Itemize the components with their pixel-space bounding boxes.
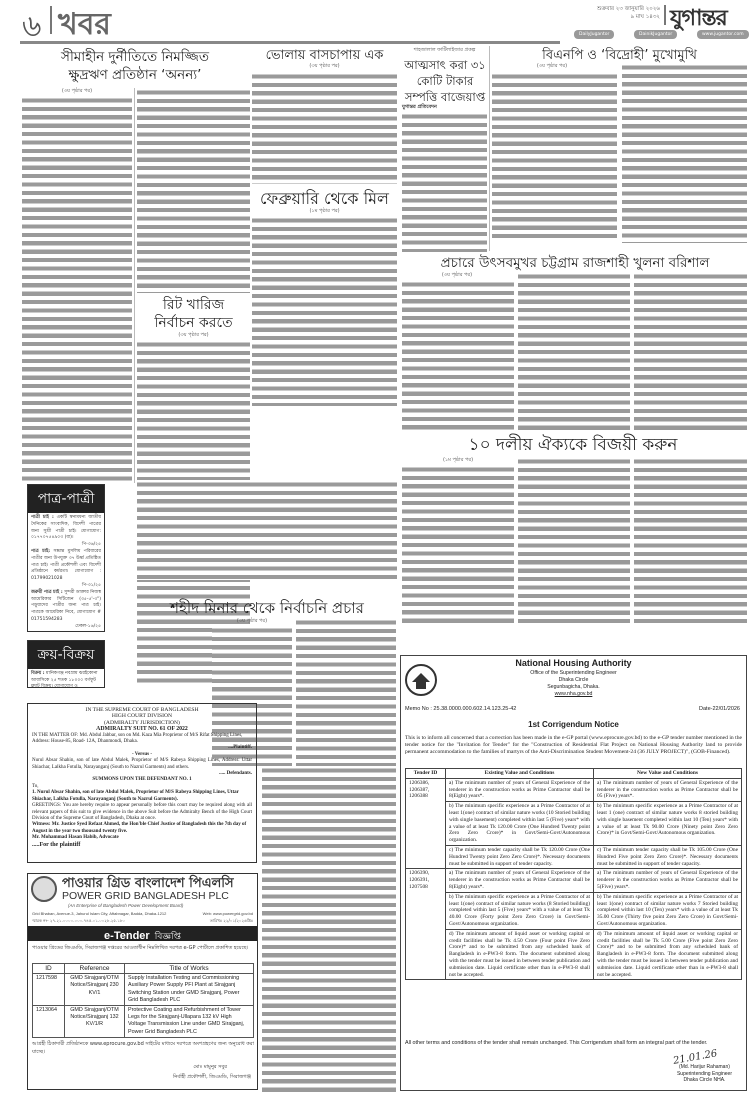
article-body: [137, 88, 250, 293]
table-row: d) The minimum amount of liquid asset or…: [406, 929, 742, 980]
table-row: 1206390, 1206391, 1207508 a) The minimum…: [406, 869, 742, 892]
notice-date: তারিখঃ ২২/০১/২০২৬খ্রিঃ: [210, 918, 253, 925]
matrimony-item: পাত্রী চাই : একটি স্বনামধন্য জাতীয় দৈনি…: [31, 515, 101, 549]
col-header: Reference: [65, 964, 125, 974]
buy-sell-title: ক্রয়-বিক্রয়: [28, 641, 104, 669]
continued-label: (১ম পৃষ্ঠার পর): [252, 208, 397, 216]
website-link[interactable]: www.jugantor.com: [697, 30, 749, 39]
existing-value: c) The minimum tender capacity shall be …: [446, 845, 594, 868]
headline-line: আত্মসাৎ করা ৩১: [400, 57, 490, 73]
power-grid-logo-icon: [31, 876, 57, 902]
nha-memo: Memo No : 25.38.0000.000.602.14.123.25-4…: [405, 706, 516, 712]
item-label: বিক্রয় :: [31, 671, 45, 676]
article-body: [634, 272, 747, 430]
court-matter: IN THE MATTER OF: Md. Abdul Jabbar, son …: [32, 733, 252, 746]
article-body: [402, 465, 514, 625]
logo-divider: [664, 5, 666, 25]
new-value: c) The minimum tender capacity shall be …: [594, 845, 742, 868]
tender-id: 1217598: [33, 974, 65, 1006]
nha-date: Date-22/01/2026: [699, 706, 740, 712]
header-rule: [20, 41, 560, 44]
for-plaintiff: .....For the plaintiff: [32, 842, 252, 848]
column-rule: [489, 46, 490, 251]
signer-designation: নির্বাহী প্রকৌশলী, জিএমডি, সিরাজগঞ্জ: [173, 1074, 251, 1082]
table-row: c) The minimum tender capacity shall be …: [406, 845, 742, 868]
power-grid-notice: পাওয়ার গ্রিড বাংলাদেশ পিএলসি POWER GRID…: [27, 873, 258, 1090]
issue-date: শুক্রবার ২৩ জানুয়ারি ২০২৬ ৯ মাঘ ১৪৩২: [580, 5, 660, 21]
company-web: Web: www.powergrid.gov.bd: [203, 911, 253, 916]
byline: যুগান্তর প্রতিবেদন: [402, 104, 487, 112]
col-header: Title of Works: [125, 964, 254, 974]
company-name-en: POWER GRID BANGLADESH PLC: [62, 890, 229, 902]
article-body: [518, 457, 630, 625]
article-body: [137, 480, 397, 580]
new-value: d) The minimum amount of liquid asset or…: [594, 929, 742, 980]
article-body: [622, 63, 747, 243]
tender-ref: GMD Sirajganj/OTM Notice/Sirajganj 230 K…: [65, 974, 125, 1006]
court-notice: IN THE SUPREME COURT OF BANGLADESH HIGH …: [27, 703, 257, 863]
tender-id: 1213064: [33, 1006, 65, 1038]
corrigendum-table: Tender ID Existing Value and Conditions …: [405, 768, 742, 980]
existing-value: b) The minimum specific experience as a …: [446, 892, 594, 929]
nha-office: Office of the Superintending Engineer Dh…: [401, 670, 746, 698]
article-body: [402, 280, 514, 430]
article-body: [296, 618, 396, 766]
article-body: [518, 272, 630, 430]
kicker: শাহজালাল ফার্টিলাইজার প্রকল্প: [402, 47, 487, 55]
continued-label: (১ম পৃষ্ঠার পর): [402, 457, 514, 465]
matrimony-item: পাত্র চাই: সম্ভ্রান্ত মুসলিম পরিবারের পা…: [31, 549, 101, 590]
table-row: b) The minimum specific experience as a …: [406, 802, 742, 846]
headline-anonno-l2: ক্ষুদ্রঋণ প্রতিষ্ঠান ‘অনন্য’: [20, 64, 250, 87]
table-row: b) The minimum specific experience as a …: [406, 892, 742, 929]
to-text: 1. Nurul Absar Shahin, son of late Abdul…: [32, 790, 252, 803]
etender-intro: পাওয়ার গ্রিডের জিএমডি, সিরাজগঞ্জ দপ্তরে…: [32, 944, 254, 952]
continued-label: (৩য় পৃষ্ঠার পর): [492, 63, 612, 71]
existing-value: a) The minimum number of years of Genera…: [446, 869, 594, 892]
facebook-link[interactable]: DailyJugantor: [574, 30, 614, 39]
witness-text: Witness: Mr. Justice Syed Refaat Ahmed, …: [32, 822, 252, 835]
twitter-link[interactable]: DainikJugantor: [634, 30, 677, 39]
new-value: a) The minimum number of years of Genera…: [594, 778, 742, 801]
tender-title: Supply Installation Testing and Commissi…: [125, 974, 254, 1006]
item-label: পাত্রী চাই :: [31, 515, 54, 520]
circle-line: Dhaka Circle: [401, 677, 746, 684]
col-header: Existing Value and Conditions: [446, 769, 594, 779]
memo-number: স্মারক নং- ২৭.২১.০০০০.০০০.৭৪৫.০১.০০২৮.২৫…: [32, 918, 125, 925]
article-body: [402, 112, 487, 252]
column-rule: [134, 88, 135, 483]
item-label: জরুরী পাত্র চাই :: [31, 590, 63, 595]
defendant-text: Nurul Absar Shahin, son of late Abdul Ma…: [32, 758, 252, 771]
col-header: ID: [33, 964, 65, 974]
corrigendum-intro: This is to inform all concerned that a c…: [405, 735, 742, 757]
signer-name: (Md. Harijur Rahaman): [677, 1064, 732, 1071]
new-value: a) The minimum number of years of Genera…: [594, 869, 742, 892]
office-line: Office of the Superintending Engineer: [401, 670, 746, 677]
matrimony-box: পাত্র-পাত্রী পাত্রী চাই : একটি স্বনামধন্…: [27, 484, 105, 632]
greetings-text: GREETINGS: You are hereby require to app…: [32, 803, 252, 822]
item-code: পি-৩১/২৫: [31, 583, 101, 590]
matrimony-title: পাত্র-পাত্রী: [28, 485, 104, 513]
etender-footer: আগ্রহী ঠিকাদারী প্রতিষ্ঠানকে www.eprocur…: [32, 1040, 254, 1056]
date-gregorian: শুক্রবার ২৩ জানুয়ারি ২০২৬: [580, 5, 660, 13]
new-value: b) The minimum specific experience as a …: [594, 892, 742, 929]
article-body: [252, 216, 397, 406]
headline-line: কোটি টাকার: [400, 73, 490, 89]
table-row: 1217598 GMD Sirajganj/OTM Notice/Sirajga…: [33, 974, 254, 1006]
signer-office: Dhaka Circle NHA.: [677, 1077, 732, 1084]
corrigendum-title: 1st Corrigendum Notice: [401, 720, 746, 729]
table-row: 1206386, 1206387, 1206388 a) The minimum…: [406, 778, 742, 801]
nha-title: National Housing Authority: [401, 658, 746, 668]
item-label: পাত্র চাই:: [31, 549, 50, 554]
headline-shahjalal: আত্মসাৎ করা ৩১ কোটি টাকার সম্পত্তি বাজেয…: [400, 57, 490, 105]
matrimony-item: জরুরী পাত্র চাই : সুন্দরী ডাক্তার নিজস্ব…: [31, 590, 101, 631]
existing-value: a) The minimum number of years of Genera…: [446, 778, 594, 801]
existing-value: b) The minimum specific experience as a …: [446, 802, 594, 846]
header-divider: [50, 6, 52, 34]
continued-label: (৩য় পৃষ্ঠার পর): [212, 618, 292, 626]
buy-sell-box: ক্রয়-বিক্রয় বিক্রয় : মানিকগঞ্জ নবগ্রা…: [27, 640, 105, 688]
item-code: ঢেকল-১৬/২৫: [31, 624, 101, 631]
article-body: [634, 457, 747, 625]
nha-web-link[interactable]: www.nha.gov.bd: [401, 691, 746, 698]
article-body: [262, 766, 396, 1094]
banner-bn: বিজ্ঞপ্তি: [155, 932, 181, 942]
continued-label: (৩য় পৃষ্ঠার পর): [137, 332, 250, 340]
tender-ids: 1206386, 1206387, 1206388: [406, 778, 446, 869]
tender-ref: GMD Sirajganj/OTM Notice/Sirajganj 132 K…: [65, 1006, 125, 1038]
item-code: পি-৩৬/২৫: [31, 542, 101, 549]
article-body: [492, 72, 617, 242]
existing-value: d) The minimum amount of liquid asset or…: [446, 929, 594, 980]
corrigendum-closing: All other terms and conditions of the te…: [405, 1040, 742, 1047]
company-tagline: (An Enterprise of Bangladesh Power Devel…: [68, 903, 183, 908]
tender-title: Protective Coating and Refurbishment of …: [125, 1006, 254, 1038]
nha-corrigendum: National Housing Authority Office of the…: [400, 655, 747, 1091]
headline-10-party: ১০ দলীয় ঐক্যকে বিজয়ী করুন: [400, 432, 746, 460]
continued-label: (৩য় পৃষ্ঠার পর): [402, 272, 512, 280]
etender-banner: e-Tender বিজ্ঞপ্তি: [28, 926, 257, 941]
new-value: b) The minimum specific experience as a …: [594, 802, 742, 846]
headline-line: সম্পত্তি বাজেয়াপ্ত: [400, 89, 490, 105]
signer-name: মোঃ মামুনুর সবুর: [193, 1064, 227, 1072]
signer-block: (Md. Harijur Rahaman) Superintending Eng…: [677, 1064, 732, 1084]
continued-label: (৩য় পৃষ্ঠার পর): [252, 63, 397, 71]
tender-ids: 1206390, 1206391, 1207508: [406, 869, 446, 980]
date-bangla: ৯ মাঘ ১৪৩২: [580, 13, 660, 21]
continued-label: (৩য় পৃষ্ঠার পর): [22, 88, 132, 96]
place-line: Segunbagicha, Dhaka.: [401, 684, 746, 691]
table-row: 1213064 GMD Sirajganj/OTM Notice/Sirajga…: [33, 1006, 254, 1038]
article-body: [22, 96, 132, 482]
banner-en: e-Tender: [104, 930, 150, 942]
company-address: Grid Bhaban, Avenue-3, Jahurul Islam Cit…: [32, 911, 166, 916]
col-header: New Value and Conditions: [594, 769, 742, 779]
etender-table: ID Reference Title of Works 1217598 GMD …: [32, 963, 254, 1038]
col-header: Tender ID: [406, 769, 446, 779]
article-body: [252, 72, 397, 184]
